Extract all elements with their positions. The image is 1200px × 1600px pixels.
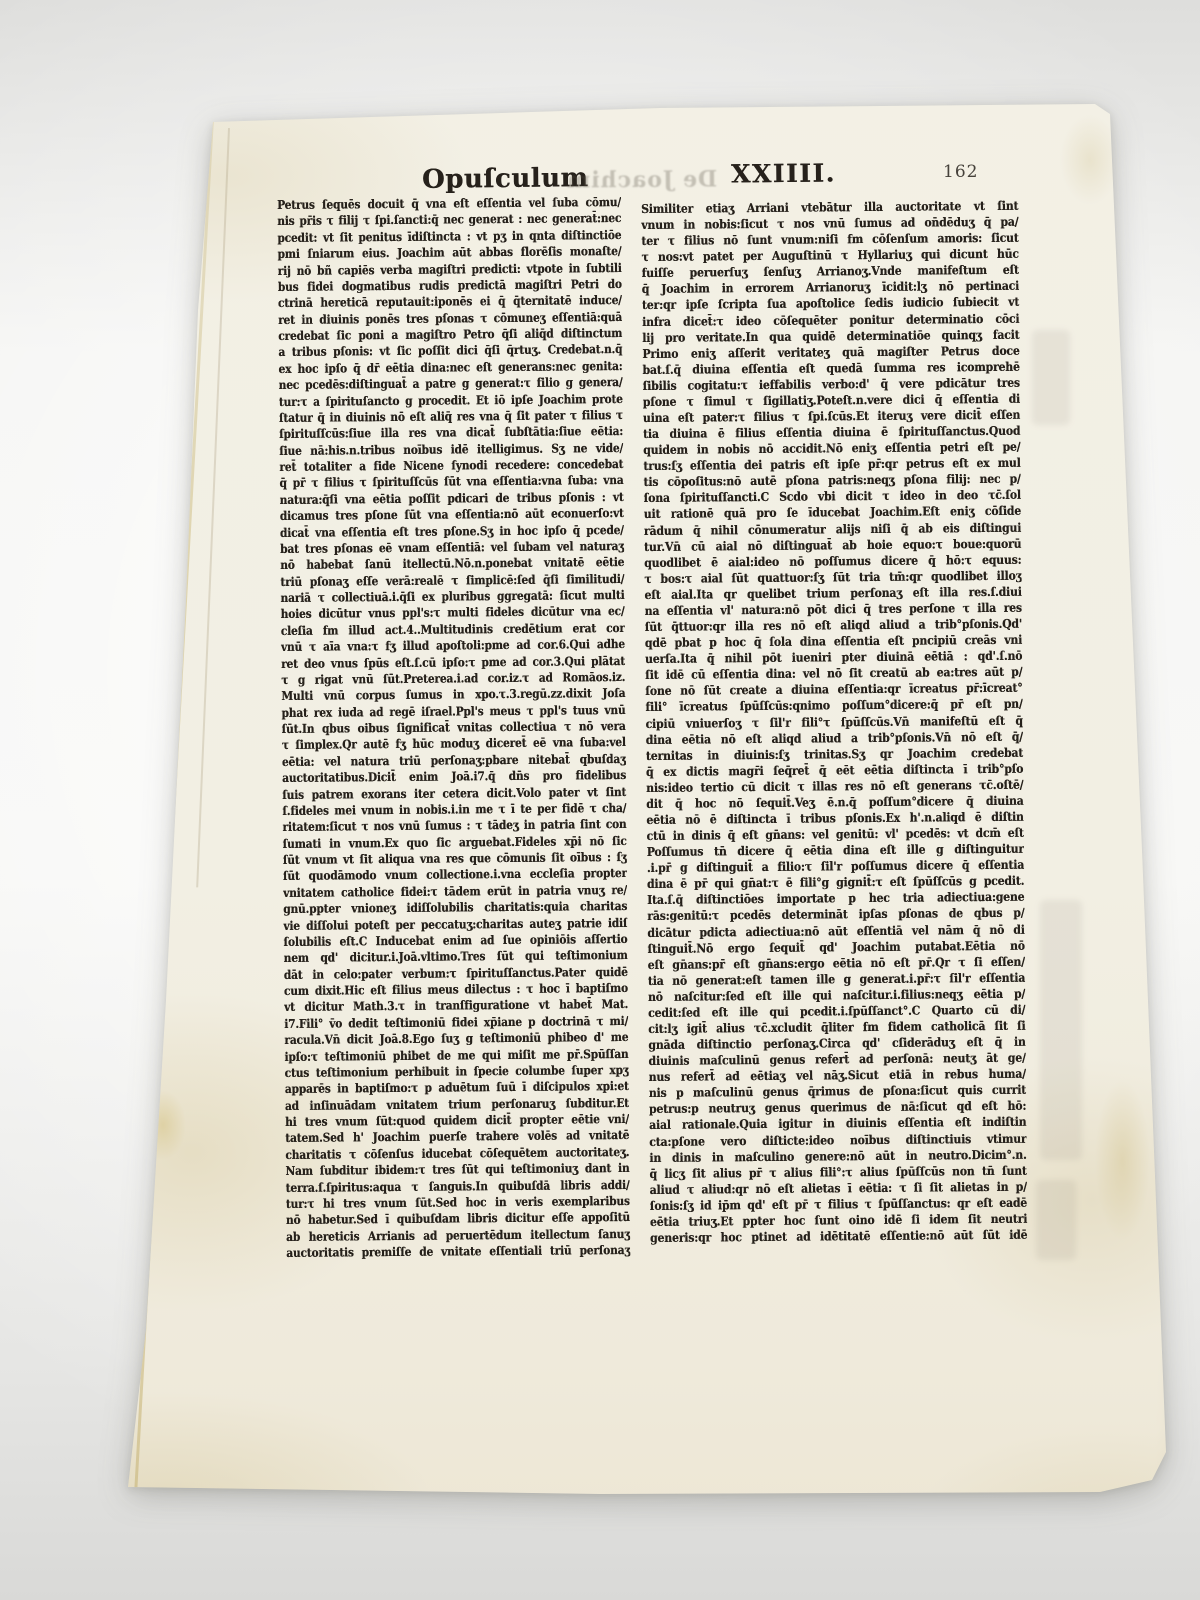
- foxing-stain: [1060, 115, 1120, 205]
- paper-crease: [196, 128, 229, 887]
- text-line: generis:qr hoc ptinet ad idētitatē eſſen…: [650, 1227, 1027, 1246]
- text-column-left: Petrus ſequēs docuit q̄ vna eſt eſſentia…: [277, 194, 630, 1261]
- chapter-numeral: XXIIII.: [731, 158, 836, 188]
- paper-shadow: Opuſculum De Joachim XXIIII. 162 Petrus …: [0, 0, 1200, 1600]
- text-column-right: Similiter etiaʒ Arriani vtebātur illa au…: [641, 198, 1027, 1246]
- folio-number: 162: [943, 162, 978, 182]
- foxing-stain: [1095, 1080, 1150, 1240]
- ghost-showthrough-title: De Joachim: [566, 166, 717, 193]
- running-title: Opuſculum: [422, 163, 589, 195]
- text-line: auctoritatis premiſſe de vnitate eſſenti…: [286, 1242, 630, 1261]
- foxing-stain: [140, 1090, 186, 1160]
- showthrough-smudge: [1032, 330, 1070, 425]
- manuscript-page: Opuſculum De Joachim XXIIII. 162 Petrus …: [0, 0, 1200, 1600]
- showthrough-smudge: [1040, 900, 1082, 1160]
- showthrough-smudge: [1036, 1180, 1076, 1260]
- photo-backdrop: Opuſculum De Joachim XXIIII. 162 Petrus …: [0, 0, 1200, 1600]
- deckle-edge-stain: [134, 118, 214, 1491]
